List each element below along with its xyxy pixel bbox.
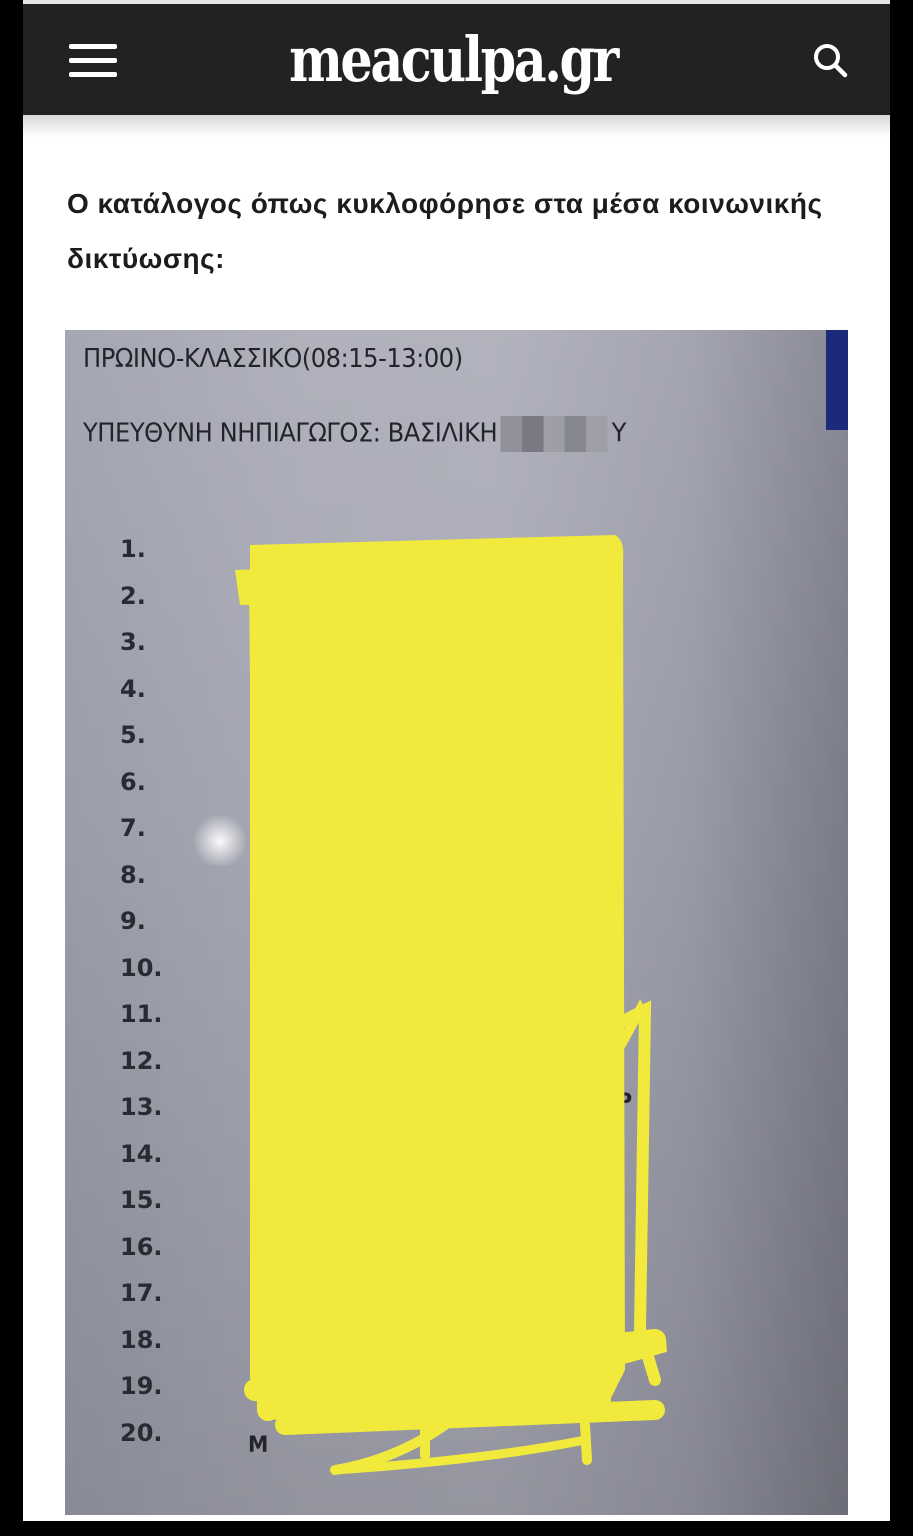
document-teacher-line: ΥΠΕΥΘΥΝΗ ΝΗΠΙΑΓΩΓΟΣ: ΒΑΣΙΛΙΚΗΥ — [83, 416, 626, 452]
hamburger-menu-icon-bar — [69, 44, 117, 49]
list-item-number: 19. — [120, 1372, 180, 1400]
list-item-number: 10. — [120, 954, 180, 982]
list-item-number: 4. — [120, 675, 180, 703]
list-item-number: 16. — [120, 1233, 180, 1261]
list-item-number: 11. — [120, 1000, 180, 1028]
photo-shading — [65, 330, 848, 1515]
photo-glare — [190, 816, 250, 866]
list-item-number: 9. — [120, 907, 180, 935]
list-item-number: 8. — [120, 861, 180, 889]
list-item-number: 13. — [120, 1093, 180, 1121]
search-icon — [809, 40, 853, 84]
search-button[interactable] — [809, 40, 853, 84]
pixelated-surname — [501, 416, 608, 452]
teacher-label: ΥΠΕΥΘΥΝΗ ΝΗΠΙΑΓΩΓΟΣ: ΒΑΣΙΛΙΚΗ — [83, 419, 497, 449]
list-item-number: 5. — [120, 721, 180, 749]
document-title: ΠΡΩΙΝΟ-ΚΛΑΣΣΙΚΟ(08:15-13:00) — [83, 344, 463, 374]
list-item-number: 18. — [120, 1326, 180, 1354]
browser-viewport: meaculpa.gr Ο κατάλογος όπως κυκλοφόρησε… — [23, 0, 890, 1521]
list-item-number: 1. — [120, 535, 180, 563]
list-item-number: 20. — [120, 1419, 180, 1447]
list-item-13-fragment: ΙΡ — [610, 1090, 632, 1115]
article-heading: Ο κατάλογος όπως κυκλοφόρησε στα μέσα κο… — [67, 176, 857, 286]
article-photo: ΠΡΩΙΝΟ-ΚΛΑΣΣΙΚΟ(08:15-13:00) ΥΠΕΥΘΥΝΗ ΝΗ… — [65, 330, 848, 1515]
list-item-number: 3. — [120, 628, 180, 656]
photo-blue-edge — [826, 330, 848, 430]
hamburger-menu-button[interactable] — [69, 42, 117, 78]
list-item-number: 6. — [120, 768, 180, 796]
site-logo[interactable]: meaculpa.gr — [289, 22, 617, 98]
list-item-number: 7. — [120, 814, 180, 842]
list-item-number: 2. — [120, 582, 180, 610]
list-item-number: 14. — [120, 1140, 180, 1168]
hamburger-menu-icon-bar — [69, 58, 117, 63]
list-item-number: 15. — [120, 1186, 180, 1214]
list-item-number: 17. — [120, 1279, 180, 1307]
site-header: meaculpa.gr — [23, 4, 890, 115]
hamburger-menu-icon-bar — [69, 72, 117, 77]
header-shadow — [23, 115, 890, 137]
list-item-number: 12. — [120, 1047, 180, 1075]
list-item-20-fragment: Μ — [248, 1433, 268, 1458]
teacher-surname-suffix: Υ — [612, 419, 626, 449]
